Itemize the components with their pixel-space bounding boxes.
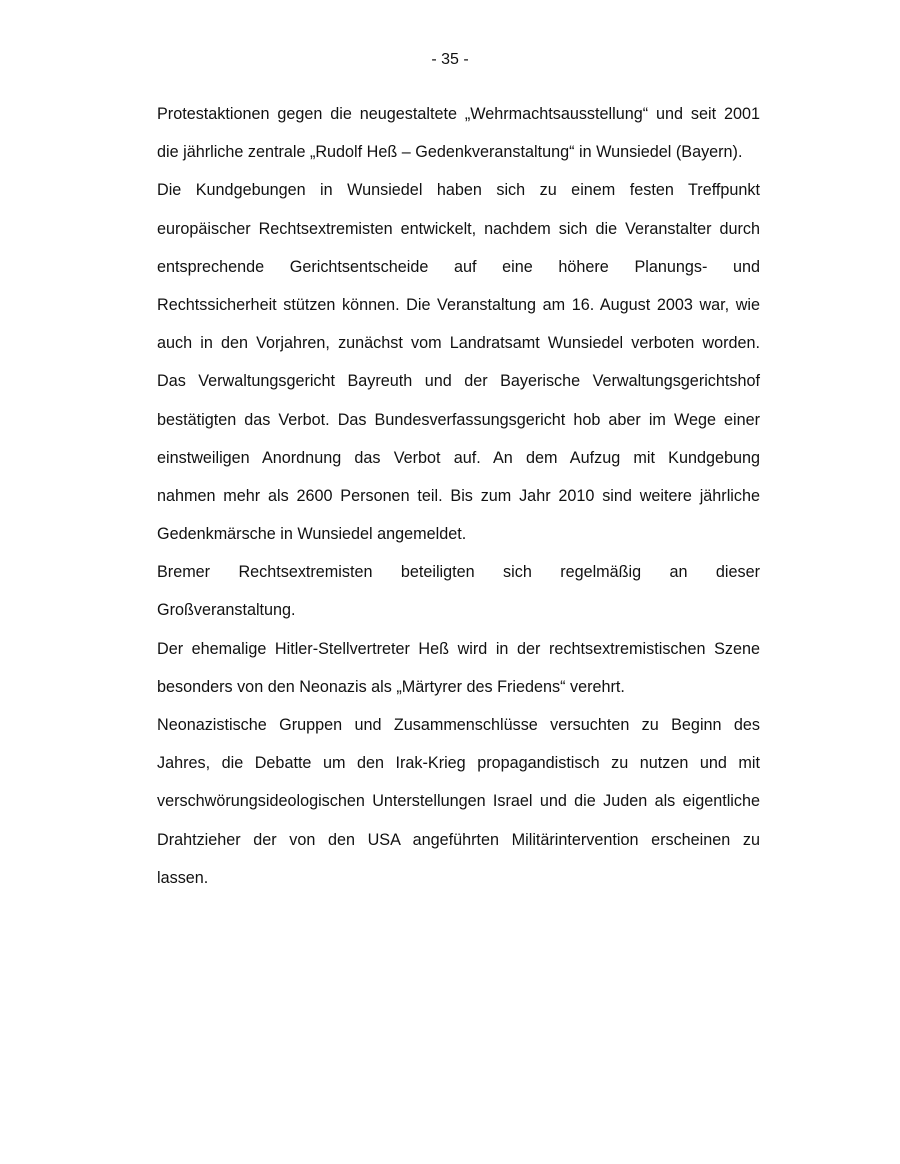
- text-line: Rechtssicherheit stützen können. Die Ver…: [157, 286, 760, 324]
- text-line: besonders von den Neonazis als „Märtyrer…: [157, 668, 760, 706]
- text-line: Drahtzieher der von den USA angeführten …: [157, 821, 760, 859]
- text-line: europäischer Rechtsextremisten entwickel…: [157, 210, 760, 248]
- text-line: auch in den Vorjahren, zunächst vom Land…: [157, 324, 760, 362]
- text-line: Der ehemalige Hitler-Stellvertreter Heß …: [157, 630, 760, 668]
- text-line: verschwörungsideologischen Unterstellung…: [157, 782, 760, 820]
- text-line: nahmen mehr als 2600 Personen teil. Bis …: [157, 477, 760, 515]
- text-line: bestätigten das Verbot. Das Bundesverfas…: [157, 401, 760, 439]
- text-line: Bremer Rechtsextremisten beteiligten sic…: [157, 553, 760, 591]
- text-line: Das Verwaltungsgericht Bayreuth und der …: [157, 362, 760, 400]
- text-line: die jährliche zentrale „Rudolf Heß – Ged…: [157, 133, 760, 171]
- text-line: Gedenkmärsche in Wunsiedel angemeldet.: [157, 515, 760, 553]
- text-line: einstweiligen Anordnung das Verbot auf. …: [157, 439, 760, 477]
- text-line: Jahres, die Debatte um den Irak-Krieg pr…: [157, 744, 760, 782]
- text-line: Protestaktionen gegen die neugestaltete …: [157, 95, 760, 133]
- text-line: lassen.: [157, 859, 760, 897]
- text-line: Neonazistische Gruppen und Zusammenschlü…: [157, 706, 760, 744]
- text-line: Großveranstaltung.: [157, 591, 760, 629]
- page-number: - 35 -: [0, 49, 900, 71]
- body-text: Protestaktionen gegen die neugestaltete …: [157, 95, 760, 897]
- text-line: entsprechende Gerichtsentscheide auf ein…: [157, 248, 760, 286]
- text-line: Die Kundgebungen in Wunsiedel haben sich…: [157, 171, 760, 209]
